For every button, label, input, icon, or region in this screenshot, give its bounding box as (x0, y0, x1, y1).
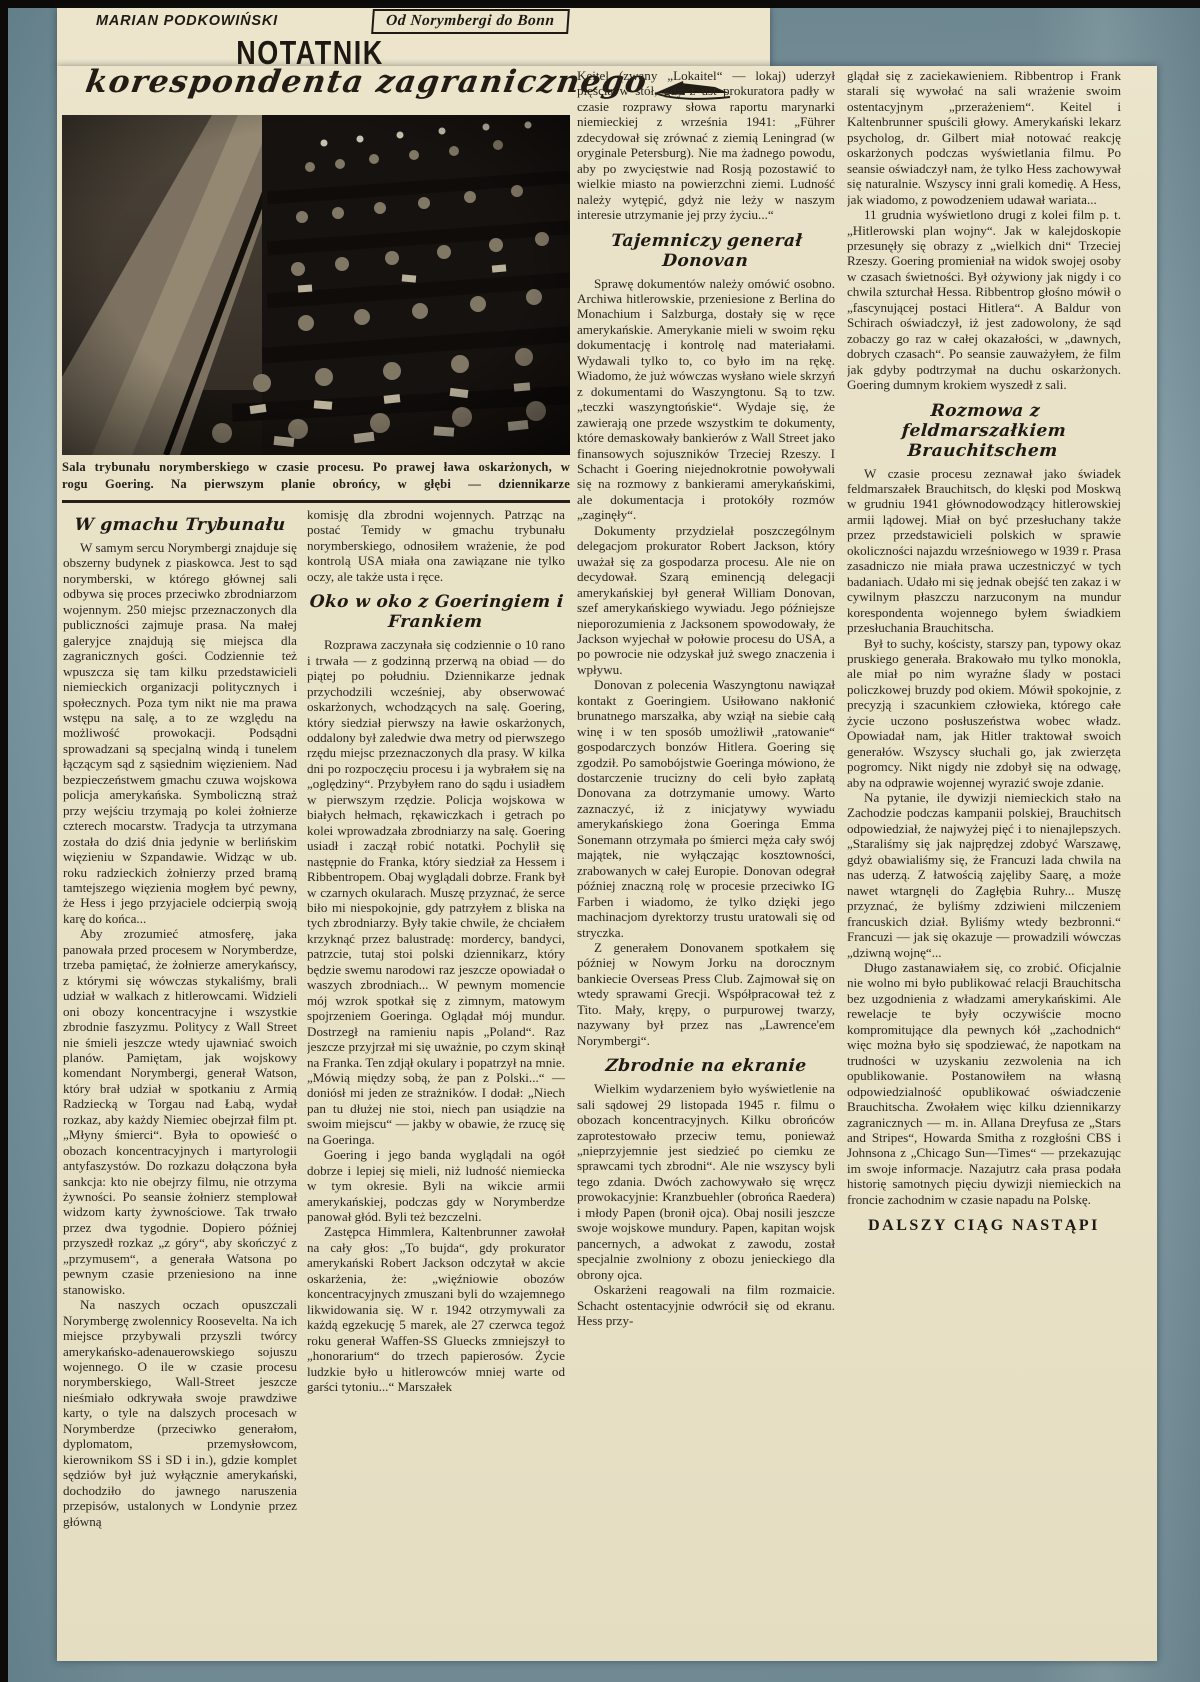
body-paragraph: Był to suchy, kościsty, starszy pan, typ… (847, 636, 1121, 791)
body-paragraph-continuation: Keitel (zwany „Lokaitel“ — lokaj) uderzy… (577, 68, 835, 223)
body-paragraph: Dokumenty przydzielał poszczególnym dele… (577, 523, 835, 678)
article-column-2: komisję dla zbrodni wojennych. Patrząc n… (307, 507, 565, 1661)
courtroom-photo-art (62, 115, 570, 455)
section-heading: Oko w oko z Goeringiem i Frankiem (307, 592, 565, 632)
body-paragraph: Donovan z polecenia Waszyngtonu nawiązał… (577, 677, 835, 940)
article-column-1: W gmachu TrybunałuW samym sercu Norymber… (63, 507, 297, 1661)
body-paragraph: Zastępca Himmlera, Kaltenbrunner zawołał… (307, 1224, 565, 1394)
article-column-3: Keitel (zwany „Lokaitel“ — lokaj) uderzy… (577, 68, 835, 1661)
body-paragraph: Rozprawa zaczynała się codziennie o 10 r… (307, 637, 565, 1147)
body-paragraph: Sprawę dokumentów należy omówić osobno. … (577, 276, 835, 523)
body-paragraph: Na naszych oczach opuszczali Norymbergę … (63, 1297, 297, 1529)
to-be-continued-line: DALSZY CIĄG NASTĄPI (847, 1217, 1121, 1235)
body-paragraph: 11 grudnia wyświetlono drugi z kolei fil… (847, 207, 1121, 392)
page-subtitle: korespondenta zagranicznego (83, 64, 650, 100)
body-paragraph-continuation: komisję dla zbrodni wojennych. Patrząc n… (307, 507, 565, 584)
section-heading: Tajemniczy generał Donovan (577, 231, 835, 271)
caption-divider-rule (62, 500, 570, 503)
body-paragraph: Goering i jego banda wyglądali na ogół d… (307, 1147, 565, 1224)
body-paragraph: W samym sercu Norymbergi znajduje się ob… (63, 540, 297, 926)
series-badge: Od Norymbergi do Bonn (371, 9, 569, 34)
courtroom-photo (62, 115, 570, 455)
magazine-page: MARIAN PODKOWIŃSKI Od Norymbergi do Bonn… (0, 0, 1200, 1682)
photo-caption: Sala trybunału norymberskiego w czasie p… (62, 459, 570, 493)
body-paragraph: Aby zrozumieć atmosferę, jaka panowała p… (63, 926, 297, 1297)
body-paragraph: Długo zastanawiałem się, co zrobić. Ofic… (847, 960, 1121, 1207)
section-heading: Rozmowa z feldmarszałkiem Brauchitschem (847, 401, 1121, 461)
body-paragraph: Oskarżeni reagowali na film rozmaicie. S… (577, 1282, 835, 1328)
body-paragraph: Na pytanie, ile dywizji niemieckich stał… (847, 790, 1121, 960)
article-column-4: glądał się z zaciekawieniem. Ribbentrop … (847, 68, 1121, 1661)
body-paragraph-continuation: glądał się z zaciekawieniem. Ribbentrop … (847, 68, 1121, 207)
section-heading: Zbrodnie na ekranie (577, 1056, 835, 1076)
body-paragraph: Z generałem Donovanem spotkałem się późn… (577, 940, 835, 1048)
section-heading: W gmachu Trybunału (63, 515, 297, 535)
body-paragraph: Wielkim wydarzeniem było wyświetlenie na… (577, 1081, 835, 1282)
page-subtitle-row: korespondenta zagranicznego (86, 64, 606, 103)
author-kicker: MARIAN PODKOWIŃSKI (96, 13, 278, 29)
body-paragraph: W czasie procesu zeznawał jako świadek f… (847, 466, 1121, 636)
